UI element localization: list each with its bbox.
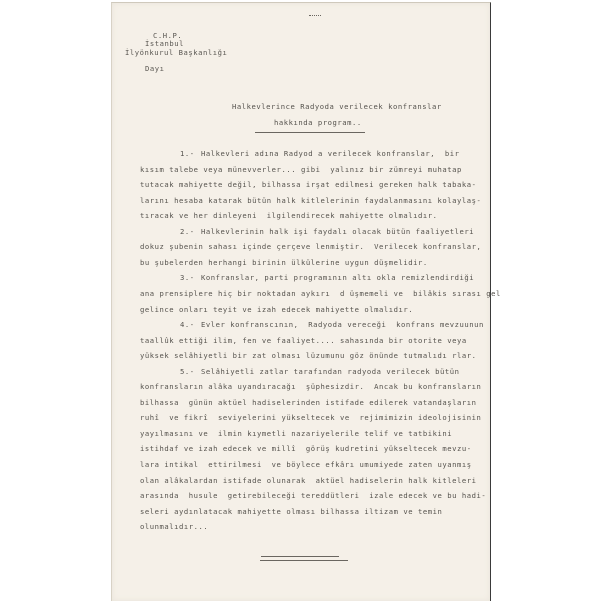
letterhead-office: İlyönkurul Başkanlığı <box>125 49 227 56</box>
section-number: 1.- <box>180 150 195 157</box>
document-title: Halkevlerince Radyoda verilecek konfrans… <box>232 103 442 110</box>
body-line: yüksek selâhiyetli bir zat olması lüzumu… <box>140 352 477 359</box>
body-line: kısım talebe veya münevverler... gibi ya… <box>140 166 462 173</box>
body-line: istihdaf ve izah edecek ve millî görüş k… <box>140 445 472 452</box>
closing-rule <box>261 556 339 557</box>
section-number: 4.- <box>180 321 195 328</box>
body-line: olunmalıdır... <box>140 523 208 530</box>
body-line: tıracak ve her dinleyeni ilgilendirecek … <box>140 212 438 219</box>
body-line: olan alâkalardan istifade olunarak aktüe… <box>140 477 477 484</box>
body-line: konfransların alâka uyandıracağı şüphesi… <box>140 383 481 390</box>
body-line: gelince onları teyit ve izah edecek mahi… <box>140 306 413 313</box>
body-line: Halkevleri adına Radyod a verilecek konf… <box>201 150 460 157</box>
document-subtitle: hakkında program.. <box>274 119 362 126</box>
body-line: Selâhiyetli zatlar tarafından radyoda ve… <box>201 368 460 375</box>
body-line: arasında husule getirebileceği tereddütl… <box>140 492 486 499</box>
body-line: bilhassa günün aktüel hadiselerinden ist… <box>140 399 477 406</box>
body-line: larını hesaba katarak bütün halk kitlele… <box>140 197 481 204</box>
body-line: Evler konfranscının, Radyoda vereceği ko… <box>201 321 484 328</box>
addressee: Dayı <box>145 65 165 72</box>
body-line: seleri aydınlatacak mahiyette olması bil… <box>140 508 442 515</box>
body-line: taallûk ettiği ilim, fen ve faaliyet....… <box>140 337 467 344</box>
letterhead-city: İstanbul <box>145 40 184 47</box>
body-line: tutacak mahiyette değil, bilhassa irşat … <box>140 181 477 188</box>
section-number: 2.- <box>180 228 195 235</box>
body-line: ruhî ve fikrî seviyelerini yükseltecek v… <box>140 414 481 421</box>
body-line: Halkevlerinin halk işi faydalı olacak bü… <box>201 228 474 235</box>
ink-mark <box>309 15 321 18</box>
body-line: Konfranslar, parti programının altı okla… <box>201 274 474 281</box>
body-line: yayılmasını ve ilmin kıymetli nazariyele… <box>140 430 452 437</box>
closing-rule-lower <box>260 560 348 561</box>
body-line: lara intikal ettirilmesi ve böylece efkâ… <box>140 461 472 468</box>
body-line: bu şubelerden herhangi birinin ülkülerin… <box>140 259 428 266</box>
body-line: ana prensiplere hiç bir noktadan aykırı … <box>140 290 501 297</box>
title-underline <box>255 132 365 133</box>
section-number: 3.- <box>180 274 195 281</box>
body-line: dokuz şubenin sahası içinde çerçeve lenm… <box>140 243 481 250</box>
section-number: 5.- <box>180 368 195 375</box>
